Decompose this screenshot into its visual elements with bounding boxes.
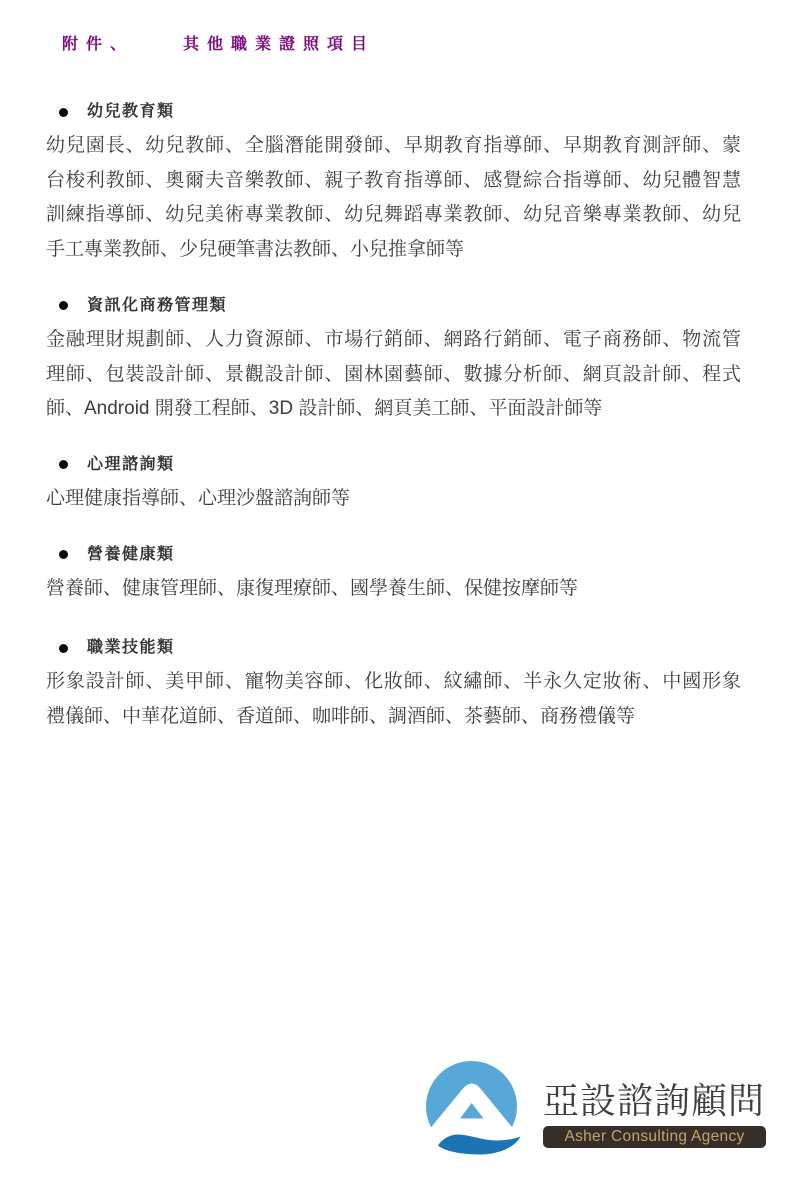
section-psychological-counseling: 心理諮詢類 心理健康指導師、心理沙盤諮詢師等	[46, 453, 741, 517]
bullet-icon	[59, 301, 68, 310]
document-page: 附件、其他職業證照項目 幼兒教育類 幼兒園長、幼兒教師、全腦潛能開發師、早期教育…	[46, 0, 741, 735]
section-early-childhood-education: 幼兒教育類 幼兒園長、幼兒教師、全腦潛能開發師、早期教育指導師、早期教育測評師、…	[46, 100, 741, 268]
section-body: 營養師、健康管理師、康復理療師、國學養生師、保健按摩師等	[46, 572, 741, 607]
company-logo: 亞設諮詢顧問 Asher Consulting Agency	[425, 1060, 790, 1172]
section-heading-text: 心理諮詢類	[87, 453, 175, 477]
bullet-icon	[59, 108, 68, 117]
section-heading: 幼兒教育類	[59, 100, 741, 124]
section-nutrition-health: 營養健康類 營養師、健康管理師、康復理療師、國學養生師、保健按摩師等	[46, 543, 741, 607]
body-line: 師、Android 開發工程師、3D 設計師、網頁美工師、平面設計師等	[46, 392, 741, 427]
body-line: 心理健康指導師、心理沙盤諮詢師等	[46, 482, 741, 517]
title-text: 其他職業證照項目	[183, 36, 375, 53]
section-vocational-skills: 職業技能類 形象設計師、美甲師、寵物美容師、化妝師、紋繡師、半永久定妝術、中國形…	[46, 636, 741, 734]
section-heading-text: 資訊化商務管理類	[87, 294, 227, 318]
section-heading: 資訊化商務管理類	[59, 294, 741, 318]
page-title: 附件、其他職業證照項目	[62, 33, 741, 57]
body-line: 台梭利教師、奧爾夫音樂教師、親子教育指導師、感覺綜合指導師、幼兒體智慧	[46, 164, 741, 199]
body-line: 幼兒園長、幼兒教師、全腦潛能開發師、早期教育指導師、早期教育測評師、蒙	[46, 129, 741, 164]
body-line: 訓練指導師、幼兒美術專業教師、幼兒舞蹈專業教師、幼兒音樂專業教師、幼兒	[46, 198, 741, 233]
section-heading-text: 營養健康類	[87, 543, 175, 567]
asher-logo-icon	[425, 1060, 525, 1162]
section-heading: 職業技能類	[59, 636, 741, 660]
section-heading-text: 幼兒教育類	[87, 100, 175, 124]
company-name-banner: Asher Consulting Agency	[543, 1126, 766, 1148]
body-line: 理師、包裝設計師、景觀設計師、園林園藝師、數據分析師、網頁設計師、程式	[46, 358, 741, 393]
section-body: 心理健康指導師、心理沙盤諮詢師等	[46, 482, 741, 517]
section-body: 幼兒園長、幼兒教師、全腦潛能開發師、早期教育指導師、早期教育測評師、蒙 台梭利教…	[46, 129, 741, 268]
bullet-icon	[59, 644, 68, 653]
company-name-zh: 亞設諮詢顧問	[543, 1080, 765, 1122]
body-line: 金融理財規劃師、人力資源師、市場行銷師、網路行銷師、電子商務師、物流管	[46, 323, 741, 358]
title-prefix: 附件、	[62, 36, 134, 53]
section-heading-text: 職業技能類	[87, 636, 175, 660]
body-line: 手工專業教師、少兒硬筆書法教師、小兒推拿師等	[46, 233, 741, 268]
bullet-icon	[59, 550, 68, 559]
section-it-business-management: 資訊化商務管理類 金融理財規劃師、人力資源師、市場行銷師、網路行銷師、電子商務師…	[46, 294, 741, 427]
body-line: 營養師、健康管理師、康復理療師、國學養生師、保健按摩師等	[46, 572, 741, 607]
company-name-en: Asher Consulting Agency	[564, 1128, 744, 1145]
section-body: 形象設計師、美甲師、寵物美容師、化妝師、紋繡師、半永久定妝術、中國形象 禮儀師、…	[46, 665, 741, 734]
body-line: 形象設計師、美甲師、寵物美容師、化妝師、紋繡師、半永久定妝術、中國形象	[46, 665, 741, 700]
section-body: 金融理財規劃師、人力資源師、市場行銷師、網路行銷師、電子商務師、物流管 理師、包…	[46, 323, 741, 427]
section-heading: 營養健康類	[59, 543, 741, 567]
bullet-icon	[59, 460, 68, 469]
section-heading: 心理諮詢類	[59, 453, 741, 477]
body-line: 禮儀師、中華花道師、香道師、咖啡師、調酒師、茶藝師、商務禮儀等	[46, 700, 741, 735]
